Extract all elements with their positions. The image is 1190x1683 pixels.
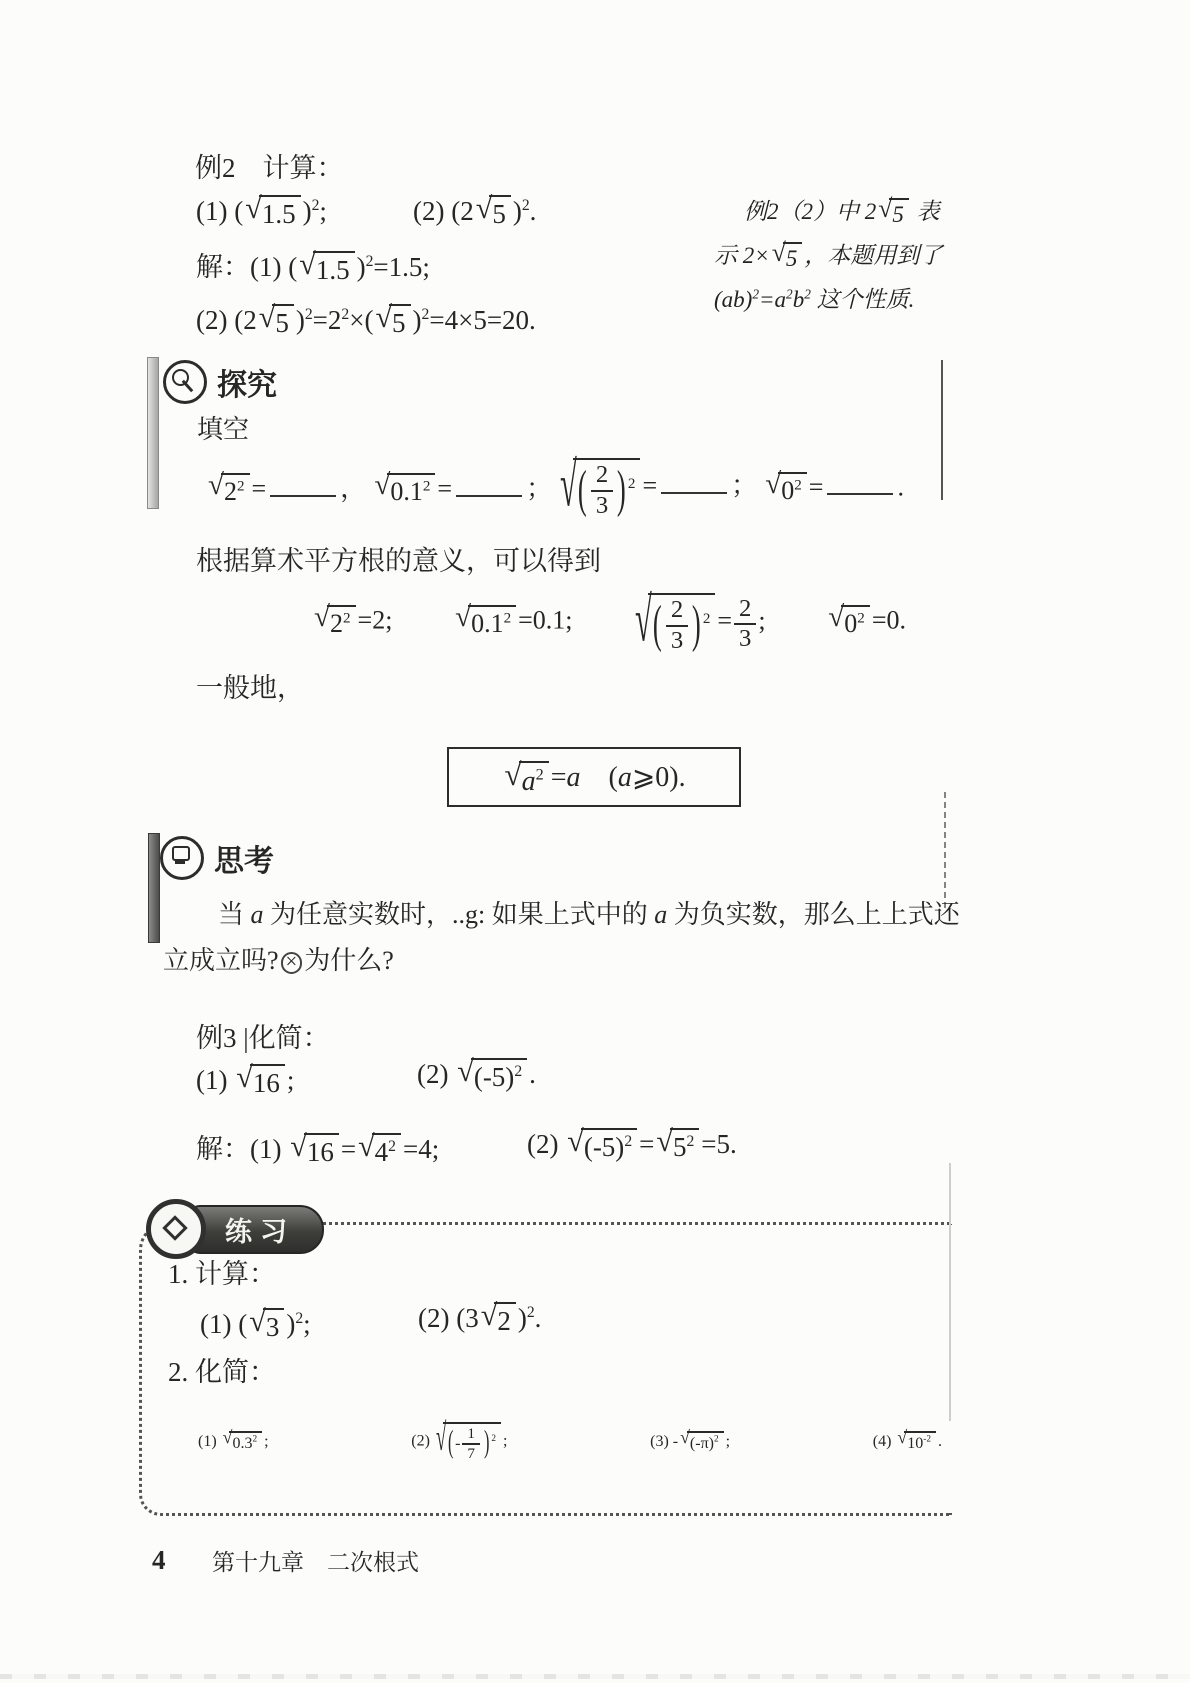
explore-fill-row: √22=， √0.12=； √(23)2=； √02=. [206,452,904,524]
margin-note-line-1: 例2（2）中 2√5 表 [714,190,974,234]
think-section-bar [148,833,160,943]
result-item-2: √0.12=0.1; [453,605,572,641]
practice-q1-item-1: (1) (√3)2; [200,1306,311,1345]
practice-q2-item-3: (3) -√(-π)2; [650,1431,730,1454]
fill-item-2: √0.12=； [372,468,552,509]
result-item-1: √22=2; [312,605,392,641]
think-line-1: 当 a 为任意实数时，..g: 如果上式中的 a 为负实数，那么上上式还 [218,897,960,932]
think-right-rule [944,792,946,908]
example3-solution-2: (2) √(-5)2=√52=5. [527,1126,737,1165]
think-header-label: 思考 [214,836,274,880]
practice-icon [146,1199,206,1259]
generally-text: 一般地， [196,670,304,706]
explore-section-bar [147,357,159,509]
fill-item-3: √(23)2=； [558,458,757,518]
scan-artifact-circle-icon: × [281,952,303,974]
explore-icon [163,360,207,404]
result-item-3: √(23)2=23; [633,593,765,653]
footer-chapter-title: 第十九章 二次根式 [212,1547,419,1578]
margin-note-line-2: 示 2×√5，本题用到了 [714,234,974,278]
margin-note-line-3: (ab)2=a2b2 这个性质. [714,278,974,322]
explore-right-rule [941,360,943,500]
example2-item-1: (1) (√1.5)2; [196,193,327,232]
example3-item-1: (1) √16; [196,1062,294,1101]
key-formula: √a2=a (a⩾0). [502,755,685,799]
margin-note: 例2（2）中 2√5 表 示 2×√5，本题用到了 (ab)2=a2b2 这个性… [714,190,974,322]
textbook-page: 例2 计算： (1) (√1.5)2; (2) (2√5)2. 解：(1) (√… [0,0,1190,1683]
practice-q2-label: 2. 化简： [168,1354,276,1390]
scan-noise-strip [0,1674,1190,1679]
practice-q2-row: (1) √0.32; (2) √(-17)2; (3) -√(-π)2; (4)… [198,1400,942,1484]
example2-title: 例2 计算： [195,150,344,186]
explore-header: 探究 [163,360,277,404]
example3-title: 例3 |化简： [196,1020,330,1056]
practice-q2-item-4: (4) √10-2. [873,1431,942,1454]
fill-item-4: √02=. [763,469,904,507]
explore-meaning-text: 根据算术平方根的意义，可以得到 [196,543,601,579]
explore-prompt: 填空 [197,412,249,447]
think-icon [160,836,204,880]
key-formula-box: √a2=a (a⩾0). [447,747,741,807]
practice-right-rule [949,1163,951,1421]
fill-item-1: √22=， [206,468,366,509]
think-header: 思考 [160,836,274,880]
explore-header-label: 探究 [217,360,277,404]
example2-solution-line-2: (2) (2√5)2=22×(√5)2=4×5=20. [196,302,536,341]
practice-q2-item-1: (1) √0.32; [198,1431,269,1454]
think-line-2-text-end: 为什么? [304,946,394,975]
practice-q2-item-2: (2) √(-17)2; [411,1422,507,1462]
practice-q1-label: 1. 计算： [168,1256,276,1292]
practice-badge-label: 练习 [225,1210,295,1249]
result-item-4: √02=0. [826,605,906,641]
practice-badge: 练习 [188,1205,324,1254]
explore-result-row: √22=2; √0.12=0.1; √(23)2=23; √02=0. [312,588,906,658]
example3-solution-1: 解：(1) √16=√42=4; [196,1131,439,1170]
footer-page-number: 4 [152,1542,166,1578]
example2-solution-line-1: 解：(1) (√1.5)2=1.5; [196,249,430,288]
practice-q1-item-2: (2) (3√2)2. [418,1300,541,1339]
example3-item-2: (2) √(-5)2. [417,1056,536,1095]
think-line-2: 立成立吗?×为什么? [163,943,394,978]
think-line-2-text: 立成立吗? [163,946,279,975]
example2-item-2: (2) (2√5)2. [413,193,536,232]
